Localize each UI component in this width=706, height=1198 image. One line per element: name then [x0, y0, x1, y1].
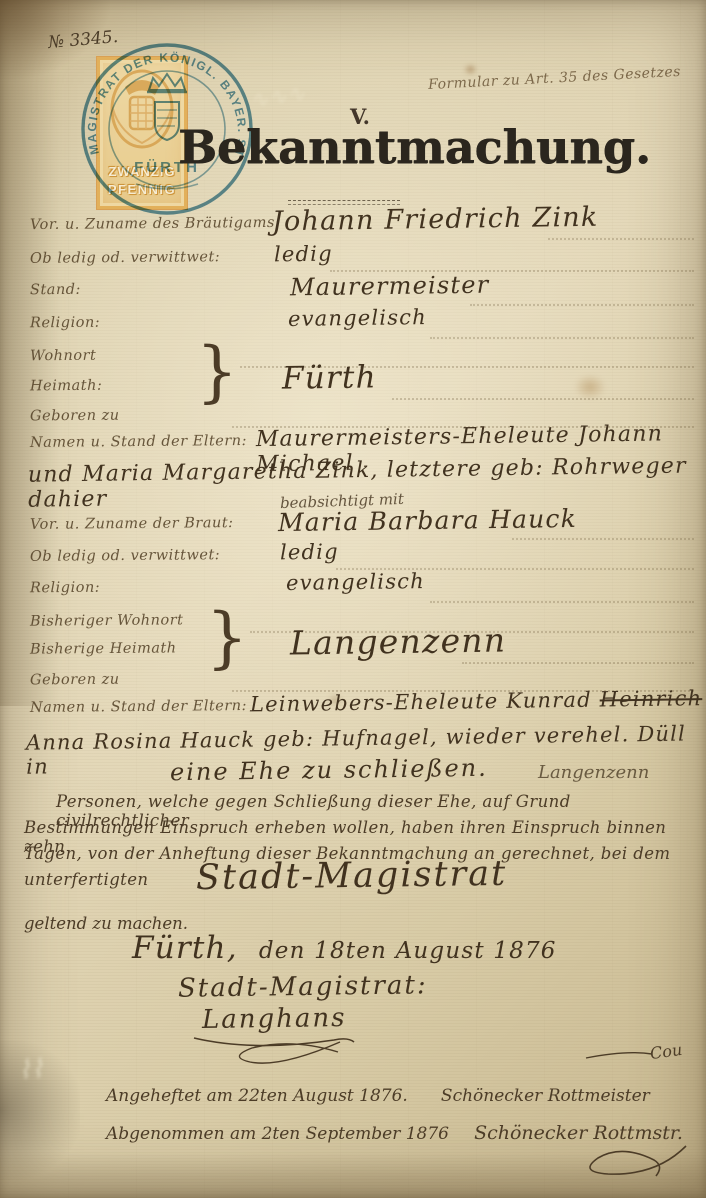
field-label-groom-residence: Wohnort — [30, 348, 96, 365]
dotted-guide-line — [392, 398, 694, 400]
ink-stain — [574, 374, 606, 400]
field-label-groom-parents: Namen u. Stand der Eltern: — [30, 433, 247, 451]
posted-line: Angeheftet am 22ten August 1876. Schönec… — [106, 1086, 650, 1106]
field-value-groom-religion: evangelisch — [288, 305, 427, 331]
paragraph-line-4: unterfertigten — [24, 870, 148, 889]
dotted-guide-line — [470, 304, 694, 306]
field-brace-bride: } — [206, 608, 248, 668]
field-label-bride-born: Geboren zu — [30, 672, 120, 689]
bride-parents-part-a: Leinwebers-Eheleute Kunrad — [250, 688, 592, 717]
field-label-groom-religion: Religion: — [30, 315, 100, 332]
closing-place: Langenzenn — [538, 762, 649, 783]
field-label-bride-parents: Namen u. Stand der Eltern: — [30, 698, 247, 716]
field-label-bride-status: Ob ledig od. verwittwet: — [30, 547, 220, 565]
field-value-bride-religion: evangelisch — [286, 569, 425, 595]
document-page: ⌇⌇ ∿∿∿ № 3345. ZWANZIG PFENNIG MAGISTRAT… — [0, 0, 706, 1198]
closing-phrase: eine Ehe zu schließen. — [170, 754, 488, 786]
field-value-bride-home: Langenzenn — [290, 620, 507, 662]
bleed-through-mark: ⌇⌇ — [17, 1054, 44, 1086]
document-title: Bekanntmachung. — [178, 120, 648, 174]
date-line: Fürth, den 18ten August 1876 — [132, 930, 557, 966]
field-label-bride-residence: Bisheriger Wohnort — [30, 612, 184, 629]
field-label-groom-status: Ob ledig od. verwittwet: — [30, 249, 220, 267]
date-rest: den 18ten August 1876 — [259, 938, 557, 964]
authority-signature-line: Stadt-Magistrat: — [178, 970, 428, 1003]
posted-signer: Schönecker Rottmeister — [441, 1086, 650, 1106]
field-value-groom-name: Johann Friedrich Zink — [272, 202, 599, 238]
field-label-groom-name: Vor. u. Zuname des Bräutigams: — [30, 215, 280, 233]
removed-text: Abgenommen am 2ten September 1876 — [106, 1124, 449, 1144]
dotted-guide-line — [430, 601, 694, 603]
dotted-guide-line — [430, 337, 694, 339]
authority-name-large: Stadt-Magistrat — [196, 854, 508, 898]
field-value-groom-status: ledig — [274, 242, 333, 267]
field-value-bride-name: Maria Barbara Hauck — [278, 504, 577, 537]
signature-flourish — [190, 1028, 370, 1076]
field-label-bride-name: Vor. u. Zuname der Braut: — [30, 515, 234, 533]
field-label-groom-born: Geboren zu — [30, 408, 120, 425]
dotted-guide-line — [548, 238, 694, 240]
field-label-groom-home: Heimath: — [30, 378, 102, 395]
field-label-groom-occupation: Stand: — [30, 282, 81, 298]
posted-text: Angeheftet am 22ten August 1876. — [106, 1086, 408, 1106]
field-label-bride-home: Bisherige Heimath — [30, 640, 177, 657]
date-place: Fürth, — [132, 930, 238, 966]
field-value-groom-occupation: Maurermeister — [290, 271, 490, 302]
dotted-guide-line — [462, 662, 694, 664]
dotted-guide-line — [512, 538, 694, 540]
field-value-bride-status: ledig — [280, 540, 339, 565]
bottom-flourish — [560, 1140, 690, 1196]
paper-spot — [464, 64, 477, 75]
bride-parents-struck: Heinrich — [599, 686, 702, 711]
margin-note-flourish — [584, 1040, 702, 1070]
field-value-groom-home: Fürth — [282, 359, 377, 396]
field-brace-groom: } — [196, 342, 238, 402]
field-label-bride-religion: Religion: — [30, 580, 100, 597]
